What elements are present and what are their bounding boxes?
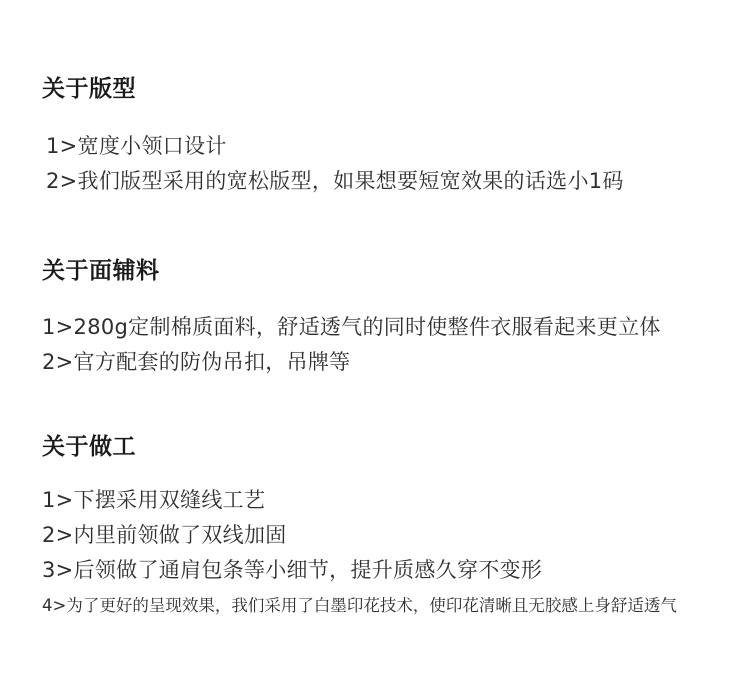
- list-item: 2>我们版型采用的宽松版型，如果想要短宽效果的话选小1码: [46, 164, 624, 199]
- list-item: 1>下摆采用双缝线工艺: [42, 483, 677, 518]
- section-heading: 关于版型: [42, 74, 624, 104]
- list-item: 3>后领做了通肩包条等小细节，提升质感久穿不变形: [42, 553, 677, 588]
- list-item: 4>为了更好的呈现效果，我们采用了白墨印花技术，使印花清晰且无胶感上身舒适透气: [42, 588, 677, 623]
- list-item: 2>内里前领做了双线加固: [42, 518, 677, 553]
- section-fabric: 关于面辅料 1>280g定制棉质面料，舒适透气的同时使整件衣服看起来更立体 2>…: [42, 256, 661, 380]
- list-item: 1>宽度小领口设计: [46, 129, 624, 164]
- item-list: 1>280g定制棉质面料，舒适透气的同时使整件衣服看起来更立体 2>官方配套的防…: [42, 310, 661, 380]
- section-heading: 关于做工: [42, 432, 677, 462]
- section-fit: 关于版型 1>宽度小领口设计 2>我们版型采用的宽松版型，如果想要短宽效果的话选…: [42, 74, 624, 199]
- item-list: 1>宽度小领口设计 2>我们版型采用的宽松版型，如果想要短宽效果的话选小1码: [46, 129, 624, 199]
- list-item: 2>官方配套的防伪吊扣，吊牌等: [42, 345, 661, 380]
- item-list: 1>下摆采用双缝线工艺 2>内里前领做了双线加固 3>后领做了通肩包条等小细节，…: [42, 483, 677, 623]
- list-item: 1>280g定制棉质面料，舒适透气的同时使整件衣服看起来更立体: [42, 310, 661, 345]
- section-workmanship: 关于做工 1>下摆采用双缝线工艺 2>内里前领做了双线加固 3>后领做了通肩包条…: [42, 432, 677, 623]
- section-heading: 关于面辅料: [42, 256, 661, 286]
